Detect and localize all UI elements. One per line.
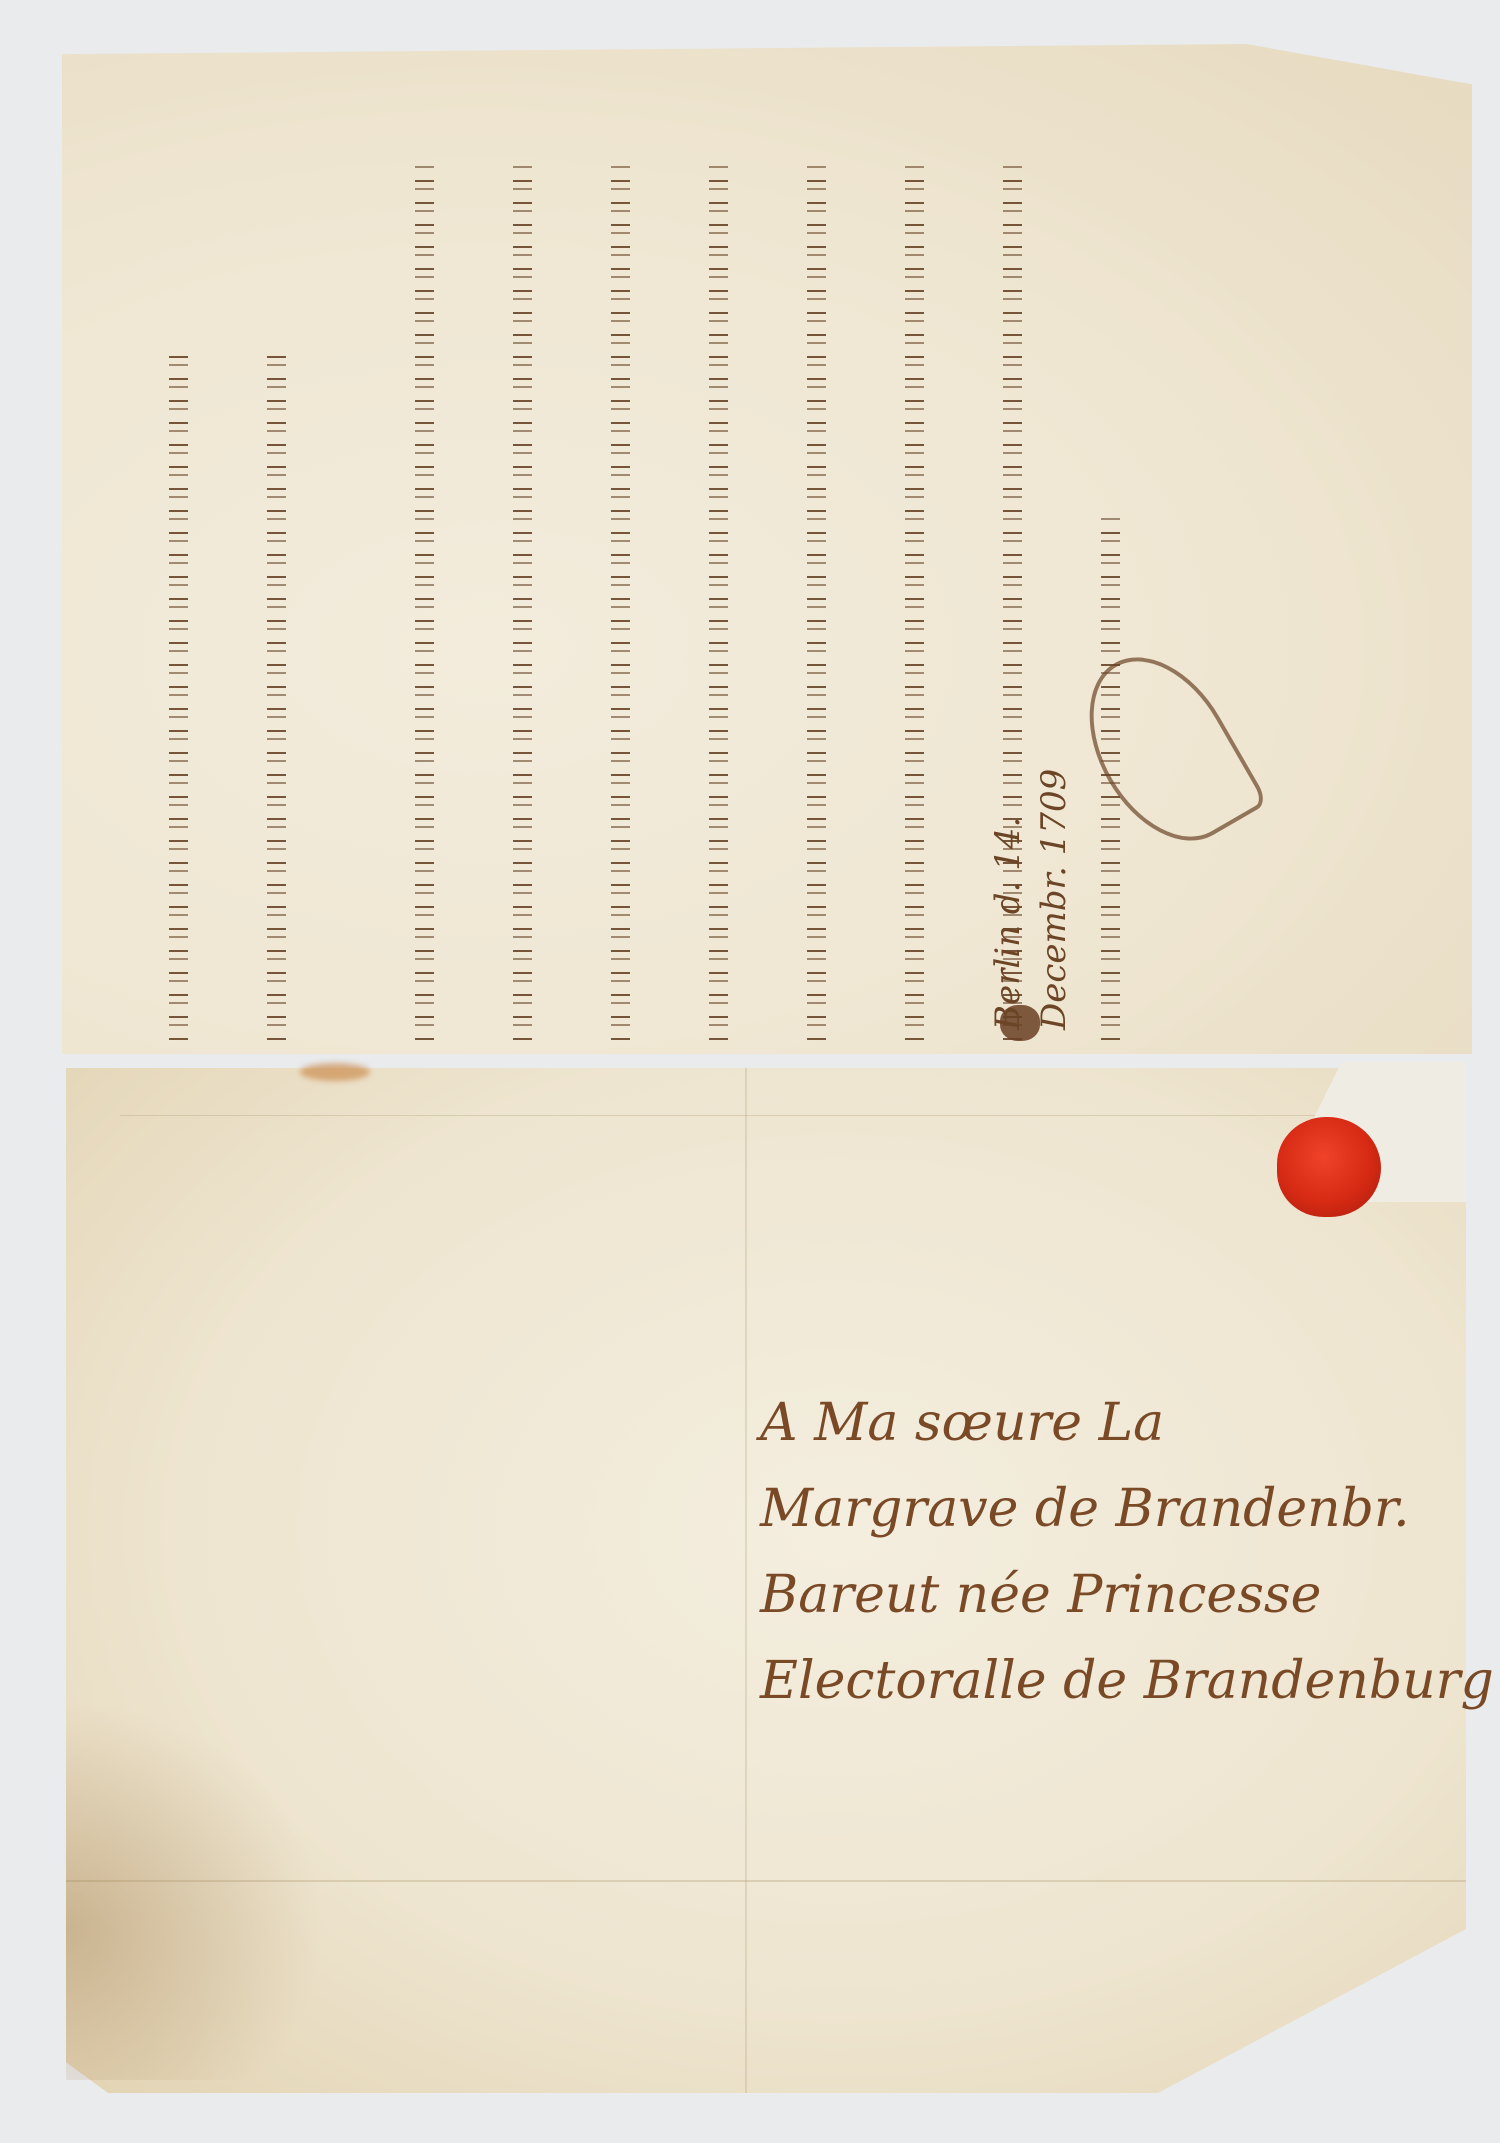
address-line-3: Bareut née Princesse (760, 1552, 1440, 1638)
handwriting-line (788, 160, 842, 1040)
handwriting-line (494, 160, 548, 1040)
wax-seal (1277, 1117, 1381, 1217)
handwriting-line (886, 160, 940, 1040)
address-line-2: Margrave de Brandenbr. (760, 1466, 1440, 1552)
place-date: Berlin d. 14. Decembr. 1709 (985, 769, 1077, 1030)
place-date-line-2: Decembr. 1709 (1031, 769, 1077, 1030)
horizontal-fold-line-top (120, 1115, 1466, 1116)
address-line-4: Electoralle de Brandenburg (760, 1638, 1440, 1724)
handwriting-line (690, 160, 744, 1040)
handwriting-line (150, 354, 204, 1040)
handwriting-line (592, 160, 646, 1040)
handwriting-line (396, 160, 450, 1040)
address-block: A Ma sœure La Margrave de Brandenbr. Bar… (760, 1380, 1440, 1724)
water-stain (66, 1700, 326, 2080)
rust-stain (300, 1063, 370, 1081)
place-date-line-1: Berlin d. 14. (985, 769, 1031, 1030)
vertical-fold-line (745, 1068, 747, 2093)
address-line-1: A Ma sœure La (760, 1380, 1440, 1466)
handwriting-line (248, 354, 302, 1040)
